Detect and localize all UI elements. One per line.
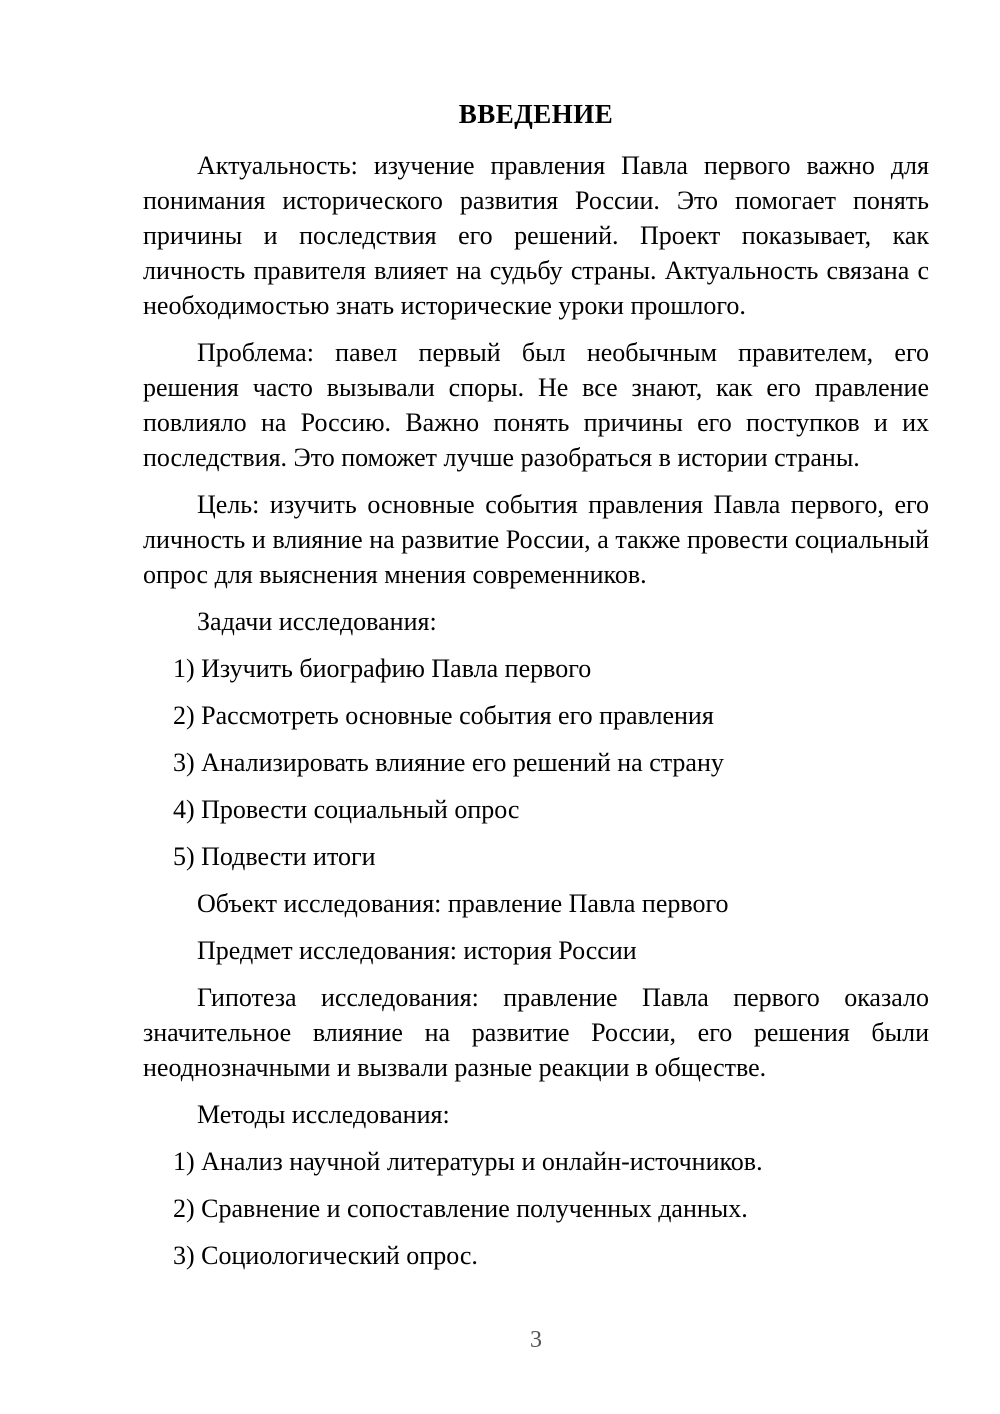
list-item: 4) Провести социальный опрос [143, 792, 929, 827]
page-content: ВВЕДЕНИЕ Актуальность: изучение правлени… [143, 97, 929, 1285]
paragraph-problema: Проблема: павел первый был необычным пра… [143, 335, 929, 475]
document-page: ВВЕДЕНИЕ Актуальность: изучение правлени… [0, 0, 1000, 1414]
list-item: 1) Изучить биографию Павла первого [143, 651, 929, 686]
paragraph-gipoteza: Гипотеза исследования: правление Павла п… [143, 980, 929, 1085]
list-item: 2) Сравнение и сопоставление полученных … [143, 1191, 929, 1226]
paragraph-aktualnost: Актуальность: изучение правления Павла п… [143, 148, 929, 323]
subject-label: Предмет исследования: история России [143, 933, 929, 968]
paragraph-tsel: Цель: изучить основные события правления… [143, 487, 929, 592]
list-item: 1) Анализ научной литературы и онлайн-ис… [143, 1144, 929, 1179]
list-item: 3) Анализировать влияние его решений на … [143, 745, 929, 780]
list-item: 5) Подвести итоги [143, 839, 929, 874]
list-item: 2) Рассмотреть основные события его прав… [143, 698, 929, 733]
tasks-label: Задачи исследования: [143, 604, 929, 639]
object-label: Объект исследования: правление Павла пер… [143, 886, 929, 921]
methods-label: Методы исследования: [143, 1097, 929, 1132]
list-item: 3) Социологический опрос. [143, 1238, 929, 1273]
page-title: ВВЕДЕНИЕ [143, 97, 929, 132]
page-number: 3 [143, 1325, 929, 1355]
